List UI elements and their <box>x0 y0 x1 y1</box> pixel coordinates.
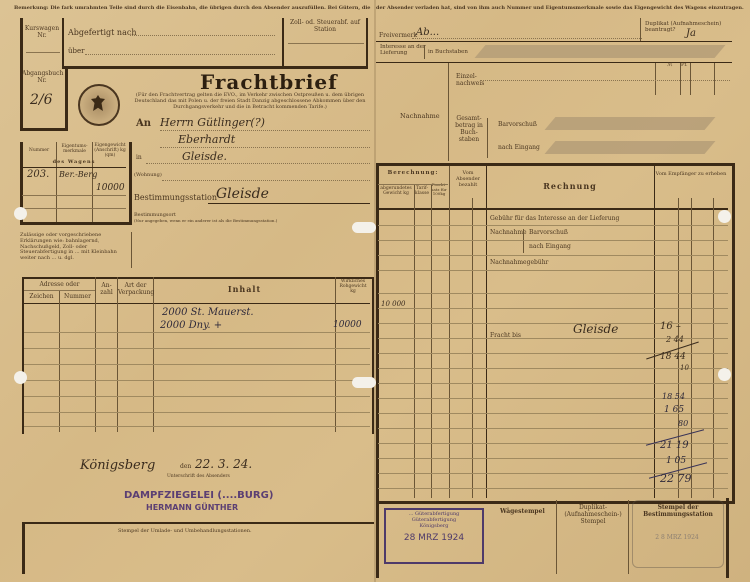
rechnung-col-absender: Vom Absender bezahlt <box>450 171 486 188</box>
amount-6: 1 65 <box>664 405 684 415</box>
dispatch-stamp-date: 28 MRZ 1924 <box>386 533 482 543</box>
rule <box>480 80 730 81</box>
dispatch-stamp-line3: Königsberg <box>386 524 482 530</box>
rule <box>378 383 728 384</box>
line-nachnahme: Nachnahme <box>490 230 527 237</box>
col-line <box>640 18 641 42</box>
rule <box>24 332 370 333</box>
recipient-line1: Herrn Gütlinger(?) <box>160 116 265 129</box>
wagon-group-label: des Wagens <box>22 160 126 166</box>
rule <box>22 208 126 209</box>
rule <box>378 293 728 294</box>
col-line <box>153 277 154 432</box>
col-line <box>714 63 715 95</box>
recipient-line2: Eberhardt <box>178 133 235 146</box>
abgangsbuch-label: Abgangsbuch Nr. <box>22 71 62 85</box>
den-label: den <box>180 464 191 471</box>
zoll-label: Zoll- od. Steuerabf. auf Station <box>288 20 362 34</box>
freivermerk-field[interactable] <box>412 38 642 39</box>
amount-9: 1 05 <box>666 456 686 466</box>
col-line <box>523 229 524 253</box>
rule <box>24 396 370 397</box>
rechnung-col-rechnung: Rechnung <box>488 182 652 191</box>
punch-hole <box>718 368 731 381</box>
wagon-col-nummer: Nummer <box>23 148 55 153</box>
abgangsbuch-value: 2/6 <box>30 92 53 108</box>
punch-hole <box>14 371 27 384</box>
an-label: An <box>136 118 151 130</box>
punch-hole <box>352 222 376 233</box>
rule <box>208 203 370 204</box>
rule <box>24 290 95 291</box>
wagon-col-eigengewicht: Eigengewicht (Anschrift) kg (qm) <box>94 143 126 159</box>
amount-3: 18 44 <box>660 352 686 362</box>
rule <box>288 43 364 44</box>
amount-5: 18 54 <box>662 392 685 401</box>
col-line <box>486 166 487 498</box>
sender-stamp-line1: DAMPFZIEGELEI (....BURG) <box>124 490 273 501</box>
col-line <box>472 198 473 498</box>
frame-line <box>726 498 729 578</box>
document-title: Frachtbrief <box>200 70 338 94</box>
gesamtbetrag-label: Gesamt-betrag in Buch-staben <box>452 116 486 144</box>
punch-hole <box>352 377 376 388</box>
remark-right: der Absender verladen hat, sind von ihm … <box>376 6 744 12</box>
line-nach-eingang: nach Eingang <box>529 244 571 251</box>
eagle-seal-icon <box>78 84 120 126</box>
col-line <box>431 185 432 498</box>
interesse-label: Interesse an der Lieferung <box>380 44 430 57</box>
frame-line <box>62 66 368 69</box>
amount-7: 80 <box>678 419 688 428</box>
col-line <box>487 118 488 158</box>
col-line <box>690 63 691 95</box>
line-nachnahmegebuehr: Nachnahmegebühr <box>490 260 548 267</box>
rechnung-gewicht-value: 10 000 <box>381 300 406 308</box>
dispatch-stamp: ... Güterabfertigung Güterabfertigung Kö… <box>384 508 484 564</box>
rule <box>378 428 728 429</box>
in-label: in <box>136 155 142 162</box>
recipient-line3: Gleisde. <box>182 150 227 163</box>
amount-1: 16 – <box>660 321 681 332</box>
col-line <box>691 198 692 498</box>
col-line <box>92 142 93 222</box>
rule <box>24 412 370 413</box>
nachnahme-label: Nachnahme <box>400 113 440 120</box>
frame-line <box>282 18 284 66</box>
col-line <box>131 232 132 268</box>
punch-hole <box>718 210 731 223</box>
rule <box>24 426 370 427</box>
freivermerk-value: Ab... <box>416 27 439 38</box>
wagon-col-eigentum: Eigentums-merkmale <box>58 144 91 154</box>
rechnung-col-fracht: Fracht-satz für 100kg <box>430 183 448 197</box>
rule <box>146 163 370 164</box>
rule <box>378 225 728 226</box>
col-line <box>117 277 118 432</box>
frame-line <box>22 522 374 524</box>
rechnung-col-tarif: Tarif-klasse <box>413 186 431 196</box>
duplikat-value: Ja <box>686 28 696 39</box>
col-line <box>448 63 449 161</box>
rule <box>378 240 728 241</box>
rule <box>24 364 370 365</box>
nach-eingang-label: nach Eingang <box>498 145 540 152</box>
punch-hole <box>14 207 27 220</box>
frame-line <box>20 142 22 146</box>
wagon-nummer-value: 203. <box>27 169 49 180</box>
rule <box>24 303 370 304</box>
goods-col-anzahl: An-zahl <box>96 283 117 297</box>
destination-stamp-date: 2 8 MRZ 1924 <box>632 535 722 542</box>
ueber-field[interactable] <box>85 54 275 55</box>
frame-line <box>22 522 25 574</box>
stations-stamp-label: Stempel der Umlade- und Umbehandlungssta… <box>118 529 252 535</box>
amount-4: 10 <box>680 364 689 372</box>
duplikat-stempel-label: Duplikat-(Aufnahmeschein-) Stempel <box>560 505 626 526</box>
goods-row1-inhalt: 2000 St. Mauerst. <box>162 307 254 318</box>
freight-bill-document: Bemerkung: Die fark umrahmten Teile sind… <box>0 0 750 582</box>
ueber-label: über <box>68 47 84 55</box>
wohnung-label: (Wohnung) <box>134 173 162 179</box>
rechnung-col-empfaenger: Vom Empfänger zu erheben <box>655 172 727 178</box>
signature-place: Königsberg <box>80 458 155 473</box>
goods-col-nummer: Nummer <box>60 294 95 301</box>
col-line <box>655 63 656 95</box>
waegestempel-label: Wägestempel <box>500 509 545 516</box>
col-line <box>713 198 714 498</box>
rule <box>378 368 728 369</box>
col-line <box>59 290 60 432</box>
amount-2: 2 44 <box>666 335 684 344</box>
col-line <box>556 500 557 574</box>
goods-col-gewicht: Wirkliches Rohgewicht kg <box>336 279 370 295</box>
rule <box>24 348 370 349</box>
declarations-text: Zulässige oder vorgeschriebene Erklärung… <box>20 233 130 262</box>
rule <box>160 130 370 131</box>
rule <box>378 308 728 309</box>
abgefertigt-label: Abgefertigt nach <box>68 28 136 37</box>
rule <box>160 147 370 148</box>
rule <box>24 380 370 381</box>
fracht-bis-value: Gleisde <box>573 322 618 336</box>
col-line <box>628 500 629 574</box>
rule <box>378 184 448 185</box>
rule <box>378 270 728 271</box>
signature-caption: Unterschrift des Absenders <box>167 474 230 479</box>
col-line <box>56 142 57 222</box>
rule <box>22 167 126 168</box>
rule <box>26 52 60 54</box>
goods-col-verpackung: Art der Verpackung <box>118 283 153 297</box>
frame-line <box>366 18 368 68</box>
bestimmungsstation-label: Bestimmungsstation <box>134 193 217 202</box>
wagon-gewicht-value: 10000 <box>96 183 125 193</box>
amount-8: 21 19 <box>660 440 689 451</box>
interesse-band-field[interactable] <box>475 45 726 58</box>
bestimmungsort-note: (Nur angegeben, wenn er ein anderer ist … <box>134 219 277 224</box>
col-line <box>654 166 655 498</box>
rule <box>22 195 126 196</box>
goods-col-inhalt: Inhalt <box>154 285 335 294</box>
rule <box>378 488 728 489</box>
col-line <box>414 185 415 498</box>
frame-line <box>62 18 64 66</box>
col-line <box>335 277 336 432</box>
signature-date: 22. 3. 24. <box>195 457 252 471</box>
pf-label: Pf. <box>681 63 688 69</box>
mark-label: ℳ <box>667 63 672 69</box>
remark-left: Bemerkung: Die fark umrahmten Teile sind… <box>14 6 370 12</box>
frame-line <box>376 498 379 578</box>
legal-note: (Für den Frachtvertrag gelten die EVO., … <box>128 93 372 110</box>
barvorschuss-band-field[interactable] <box>545 117 716 130</box>
rule <box>376 41 732 42</box>
barvorschuss-label: Barvorschuß <box>498 122 537 129</box>
goods-row2-gewicht: 10000 <box>333 320 362 330</box>
goods-col-adresse: Adresse oder <box>24 282 95 289</box>
line-interesse: Gebühr für das Interesse an der Lieferun… <box>490 216 619 223</box>
wagon-eigentum-value: Ber.-Berg <box>59 170 97 179</box>
amount-10: 22 79 <box>660 472 692 485</box>
col-line <box>449 166 450 498</box>
kurswagen-label: Kurswagen Nr. <box>24 26 60 40</box>
abgefertigt-field[interactable] <box>130 35 275 36</box>
nach-eingang-band-field[interactable] <box>545 141 716 154</box>
line-barvorschuss: Barvorschuß <box>529 230 568 237</box>
goods-col-zeichen: Zeichen <box>24 294 59 301</box>
rule <box>378 255 728 256</box>
col-line <box>424 45 425 59</box>
rule <box>376 62 732 63</box>
rechnung-col-gewicht: abgerundetes Gewicht kg <box>378 186 414 196</box>
rule <box>162 180 370 181</box>
goods-row2-inhalt: 2000 Dny. + <box>160 320 222 331</box>
col-line <box>95 277 96 432</box>
sender-stamp-line2: HERMANN GÜNTHER <box>146 503 238 512</box>
buchstaben-label: in Buchstaben <box>428 49 468 55</box>
bestimmungsstation-value: Gleisde <box>216 186 269 202</box>
berechnung-label: Berechnung: <box>378 170 448 176</box>
